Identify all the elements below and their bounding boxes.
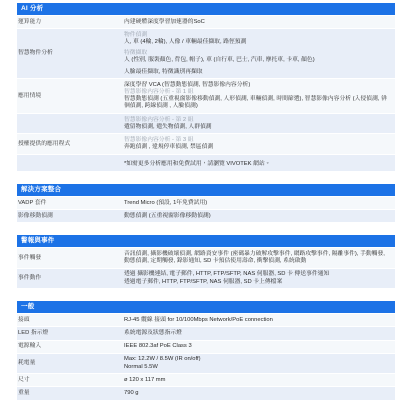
- row-content: 深度學習 VCA (智慧動態偵測, 智慧影像內容分析)智慧影像內容分析 - 第 …: [124, 82, 395, 111]
- row-content: Max: 12.2W / 8.5W (IR on/off)Normal 5.5W: [124, 356, 395, 370]
- value-text: Normal 5.5W: [124, 364, 390, 371]
- value-text: Max: 12.2W / 8.5W (IR on/off): [124, 356, 390, 363]
- section-header: 警報與事件: [17, 235, 395, 247]
- spec-row: 電源輸入IEEE 802.3af PoE Class 3: [17, 340, 395, 353]
- row-label: 運算能力: [17, 19, 124, 26]
- row-label: 事件動作: [17, 275, 124, 282]
- value-text: 動態偵測 (五重視窗影像移動偵測): [124, 213, 390, 220]
- value-text: 奔跑偵測 , 違規停車偵測, 禁區偵測: [124, 144, 390, 151]
- value-text: 內建硬體深度學習加速器的SoC: [124, 19, 390, 26]
- spec-table: AI 分析運算能力內建硬體深度學習加速器的SoC智慧物件分析物件偵測人, 車 (…: [17, 3, 395, 410]
- row-label: LED 指示燈: [17, 330, 124, 337]
- value-text: 透過電子郵件, HTTP, FTP/SFTP, NAS 伺服器, SD 卡上傳檔…: [124, 279, 390, 286]
- value-text: 人 (性別, 服裝顏色, 背包, 帽子), 車 (自行車, 巴士, 汽車, 摩托…: [124, 57, 390, 64]
- row-label: VADP 套件: [17, 200, 124, 207]
- spec-row: *如需更多分析應用和免費試用，請瀏覽 VIVOTEK 網站。: [17, 154, 395, 171]
- spec-row: 授權提供的應用程式智慧影像內容分析 - 第 3 組奔跑偵測 , 違規停車偵測, …: [17, 133, 395, 153]
- row-content: 智慧影像內容分析 - 第 2 組遺留物偵測, 遺失物偵測, 人群偵測: [124, 117, 395, 131]
- row-content: 系統電源及狀態指示燈: [124, 330, 395, 337]
- row-content: ø 120 x 117 mm: [124, 377, 395, 384]
- spec-row: 影像移動偵測動態偵測 (五重視窗影像移動偵測): [17, 209, 395, 222]
- spec-row: 智慧影像內容分析 - 第 2 組遺留物偵測, 遺失物偵測, 人群偵測: [17, 113, 395, 133]
- spec-row: 運算能力內建硬體深度學習加速器的SoC: [17, 15, 395, 28]
- row-content: Trend Micro (預設, 1年免費試用): [124, 200, 395, 207]
- spec-section: 一般接頭RJ-45 纜線 接頭 for 10/100Mbps Network/P…: [17, 301, 395, 399]
- sub-heading-text: 智慧影像內容分析 - 第 2 組: [124, 117, 390, 124]
- row-content: 智慧影像內容分析 - 第 3 組奔跑偵測 , 違規停車偵測, 禁區偵測: [124, 137, 395, 151]
- row-label: 影像移動偵測: [17, 213, 124, 220]
- value-text: 人, 車 (4輪, 2輪), 人像 / 車輛最佳擷取, 路徑預測: [124, 39, 390, 46]
- section-header: 解決方案整合: [17, 184, 395, 196]
- section-header: 一般: [17, 301, 395, 313]
- row-label: 電源輸入: [17, 343, 124, 350]
- value-text: 遺留物偵測, 遺失物偵測, 人群偵測: [124, 124, 390, 131]
- value-text: Trend Micro (預設, 1年免費試用): [124, 200, 390, 207]
- spec-row: VADP 套件Trend Micro (預設, 1年免費試用): [17, 196, 395, 209]
- spec-row: 重量790 g: [17, 386, 395, 399]
- value-text: RJ-45 纜線 接頭 for 10/100Mbps Network/PoE c…: [124, 317, 390, 324]
- row-content: 內建硬體深度學習加速器的SoC: [124, 19, 395, 26]
- sub-heading-text: 物件偵測: [124, 32, 390, 39]
- row-content: 音訊偵測, 攝影機破壞偵測, 網路資安事件 (密碼暴力破解攻擊事件, 網路攻擊事…: [124, 251, 395, 265]
- spec-section: 解決方案整合VADP 套件Trend Micro (預設, 1年免費試用)影像移…: [17, 184, 395, 222]
- spec-section: 警報與事件事件觸發音訊偵測, 攝影機破壞偵測, 網路資安事件 (密碼暴力破解攻擊…: [17, 235, 395, 288]
- value-text: *如需更多分析應用和免費試用，請瀏覽 VIVOTEK 網站。: [124, 161, 390, 168]
- spec-row: 事件動作透過 攝影機連結, 電子郵件, HTTP, FTP/SFTP, NAS …: [17, 268, 395, 288]
- spec-row: 耗電量Max: 12.2W / 8.5W (IR on/off)Normal 5…: [17, 353, 395, 373]
- value-text: 透過 攝影機連結, 電子郵件, HTTP, FTP/SFTP, NAS 伺服器,…: [124, 271, 390, 278]
- row-content: 動態偵測 (五重視窗影像移動偵測): [124, 213, 395, 220]
- spec-section: AI 分析運算能力內建硬體深度學習加速器的SoC智慧物件分析物件偵測人, 車 (…: [17, 3, 395, 171]
- row-content: IEEE 802.3af PoE Class 3: [124, 343, 395, 350]
- row-label: 尺寸: [17, 377, 124, 384]
- value-text: 智慧動態偵測 (五重視窗影像移動偵測, 人形偵測, 車輛偵測, 時間篩選), 智…: [124, 96, 390, 110]
- spec-row: LED 指示燈系統電源及狀態指示燈: [17, 326, 395, 339]
- row-content: 物件偵測人, 車 (4輪, 2輪), 人像 / 車輛最佳擷取, 路徑預測特徵擷取…: [124, 32, 395, 76]
- value-text: 人臉最佳擷取, 特徵識別再擷取: [124, 69, 390, 76]
- row-label: 授權提供的應用程式: [17, 141, 124, 148]
- row-label: 重量: [17, 390, 124, 397]
- row-content: 790 g: [124, 390, 395, 397]
- value-text: IEEE 802.3af PoE Class 3: [124, 343, 390, 350]
- row-content: 透過 攝影機連結, 電子郵件, HTTP, FTP/SFTP, NAS 伺服器,…: [124, 271, 395, 285]
- value-text: ø 120 x 117 mm: [124, 377, 390, 384]
- value-text: 音訊偵測, 攝影機破壞偵測, 網路資安事件 (密碼暴力破解攻擊事件, 網路攻擊事…: [124, 251, 390, 265]
- value-text: 790 g: [124, 390, 390, 397]
- row-label: 耗電量: [17, 360, 124, 367]
- row-content: RJ-45 纜線 接頭 for 10/100Mbps Network/PoE c…: [124, 317, 395, 324]
- row-label: 智慧物件分析: [17, 50, 124, 57]
- value-text: 系統電源及狀態指示燈: [124, 330, 390, 337]
- spec-row: 事件觸發音訊偵測, 攝影機破壞偵測, 網路資安事件 (密碼暴力破解攻擊事件, 網…: [17, 247, 395, 267]
- spec-row: 智慧物件分析物件偵測人, 車 (4輪, 2輪), 人像 / 車輛最佳擷取, 路徑…: [17, 28, 395, 78]
- row-content: *如需更多分析應用和免費試用，請瀏覽 VIVOTEK 網站。: [124, 157, 395, 168]
- spec-row: 尺寸ø 120 x 117 mm: [17, 373, 395, 386]
- row-label: 接頭: [17, 317, 124, 324]
- row-label: 事件觸發: [17, 255, 124, 262]
- spec-row: 應用情境深度學習 VCA (智慧動態偵測, 智慧影像內容分析)智慧影像內容分析 …: [17, 78, 395, 113]
- section-header: AI 分析: [17, 3, 395, 15]
- spec-row: 接頭RJ-45 纜線 接頭 for 10/100Mbps Network/PoE…: [17, 313, 395, 326]
- row-label: 應用情境: [17, 93, 124, 100]
- value-text: 深度學習 VCA (智慧動態偵測, 智慧影像內容分析): [124, 82, 390, 89]
